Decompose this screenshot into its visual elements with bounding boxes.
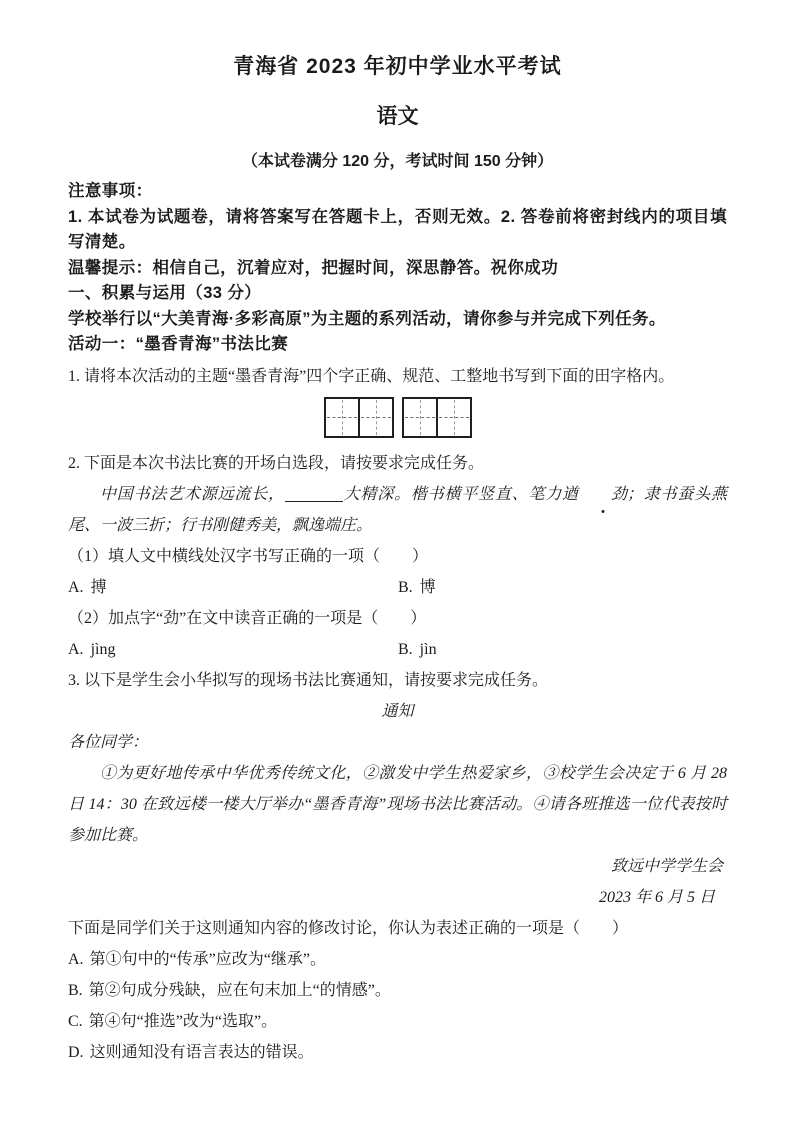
notice-salutation: 各位同学： [68,727,727,758]
option-b-label: B. [398,579,413,596]
choice-c: C.第④句“推选”改为“选取”。 [68,1006,727,1037]
tianzige-group [402,397,472,438]
choice-c-text: 第④句“推选”改为“选取”。 [89,1013,277,1030]
activity-heading: 活动一：“墨香青海”书法比赛 [68,332,727,358]
exam-paper: 青海省 2023 年初中学业水平考试 语文 （本试卷满分 120 分，考试时间 … [0,0,793,1122]
choice-d-label: D. [68,1044,84,1061]
choice-c-label: C. [68,1013,83,1030]
choice-d: D.这则通知没有语言表达的错误。 [68,1037,727,1068]
choice-b-text: 第②句成分残缺，应在句末加上“的情感”。 [89,982,391,999]
tianzige-cell [436,399,470,436]
tianzige-cell [326,399,358,436]
notes-tip: 温馨提示：相信自己，沉着应对，把握时间，深思静答。祝你成功 [68,256,727,282]
passage-part2: 大精深。楷书横平竖直、笔力遒 [343,486,579,503]
option-a: A.搏 [68,572,398,603]
option-b: B.博 [398,572,436,603]
option-a-text: jìng [91,641,116,658]
option-a-label: A. [68,641,84,658]
question-2-passage: 中国书法艺术源远流长，大精深。楷书横平竖直、笔力遒劲；隶书蚕头燕尾、一波三折；行… [68,479,727,541]
option-b-text: 博 [420,579,436,596]
option-a-text: 搏 [91,579,107,596]
question-2-2-options: A.jìng B.jìn [68,634,727,665]
exam-info: （本试卷满分 120 分，考试时间 150 分钟） [68,148,727,171]
passage-part1: 中国书法艺术源远流长， [100,486,285,503]
question-2-1-text: （1）填人文中横线处汉字书写正确的一项（ ） [68,541,727,572]
choice-a-text: 第①句中的“传承”应改为“继承”。 [90,951,326,968]
question-3-question: 下面是同学们关于这则通知内容的修改讨论，你认为表述正确的一项是（ ） [68,913,727,944]
choice-b: B.第②句成分残缺，应在句末加上“的情感”。 [68,975,727,1006]
choice-b-label: B. [68,982,83,999]
emphasized-char: 劲 [579,479,627,510]
question-3-text: 3. 以下是学生会小华拟写的现场书法比赛通知，请按要求完成任务。 [68,665,727,696]
tianzige-cell [404,399,436,436]
notes-item: 1. 本试卷为试题卷，请将答案写在答题卡上，否则无效。2. 答卷前将密封线内的项… [68,205,727,256]
tianzige-cell [358,399,392,436]
question-2-1-options: A.搏 B.博 [68,572,727,603]
tianzige-group [324,397,394,438]
option-b: B.jìn [398,634,437,665]
question-body: 1. 请将本次活动的主题“墨香青海”四个字正确、规范、工整地书写到下面的田字格内… [68,361,727,1068]
fill-in-blank-line [285,485,343,502]
subject-title: 语文 [68,100,727,130]
question-2-text: 2. 下面是本次书法比赛的开场白选段，请按要求完成任务。 [68,448,727,479]
notes-block: 注意事项： 1. 本试卷为试题卷，请将答案写在答题卡上，否则无效。2. 答卷前将… [68,179,727,358]
question-2-2-text: （2）加点字“劲”在文中读音正确的一项是（ ） [68,603,727,634]
choice-a-label: A. [68,951,84,968]
choice-d-text: 这则通知没有语言表达的错误。 [90,1044,314,1061]
tianzige-grid [68,397,727,438]
notice-body: ①为更好地传承中华优秀传统文化，②激发中学生热爱家乡，③校学生会决定于 6 月 … [68,758,727,851]
option-a: A.jìng [68,634,398,665]
section-intro: 学校举行以“大美青海·多彩高原”为主题的系列活动，请你参与并完成下列任务。 [68,307,727,333]
option-a-label: A. [68,579,84,596]
notice-title: 通知 [68,696,727,727]
notice-signature: 致远中学学生会 [68,851,727,882]
choice-a: A.第①句中的“传承”应改为“继承”。 [68,944,727,975]
option-b-text: jìn [420,641,437,658]
question-1-text: 1. 请将本次活动的主题“墨香青海”四个字正确、规范、工整地书写到下面的田字格内… [68,361,727,392]
notice-date: 2023 年 6 月 5 日 [68,882,727,913]
page-title: 青海省 2023 年初中学业水平考试 [68,50,727,80]
notice: 通知 各位同学： ①为更好地传承中华优秀传统文化，②激发中学生热爱家乡，③校学生… [68,696,727,913]
section-heading: 一、积累与运用（33 分） [68,281,727,307]
notes-heading: 注意事项： [68,179,727,205]
option-b-label: B. [398,641,413,658]
